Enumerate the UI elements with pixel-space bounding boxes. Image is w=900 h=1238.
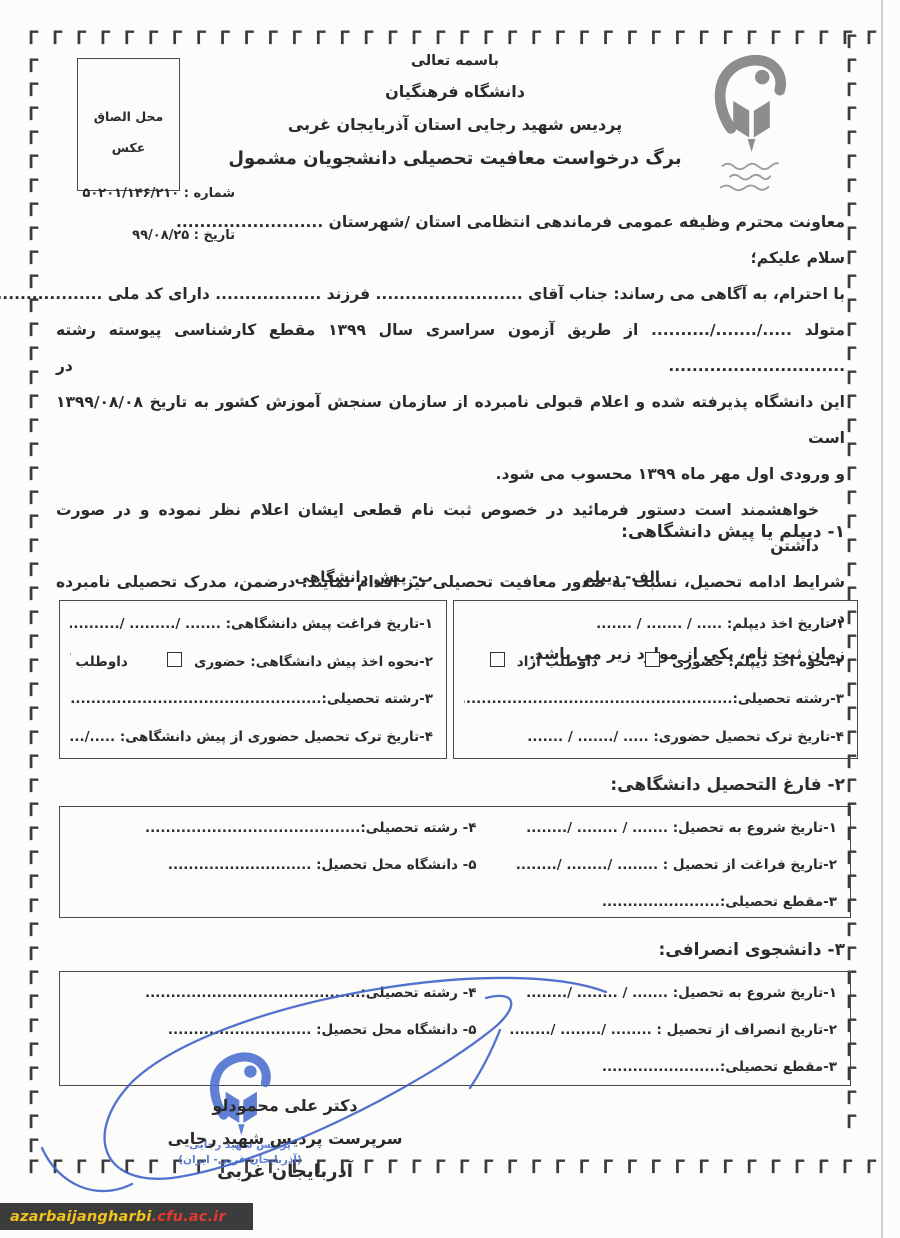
doc-number: شماره : ۵۰۲۰۱/۱۴۶/۲۱۰ [55,186,235,201]
signature-name: دکتر علی محمودلو [85,1090,485,1122]
section2-title: ۲- فارغ التحصیل دانشگاهی: [56,775,845,795]
scanned-form-page: ΓΓΓΓΓΓΓΓΓΓΓΓΓΓΓΓΓΓΓΓΓΓΓΓΓΓΓΓΓΓΓΓΓΓΓΓ ΓΓΓ… [0,0,900,1238]
grad-start-date-row: ۱-تاریخ شروع به تحصیل: ....... / .......… [477,810,837,847]
footer-suffix: .cfu.ac.ir [152,1209,226,1225]
diploma-dropout-row: ۴-تاریخ ترک تحصیل حضوری: ..... /....... … [464,719,844,757]
bismillah: باسمه تعالی [180,46,730,76]
letter-line: سلام علیکم؛ [56,240,845,276]
letter-line: معاونت محترم وظیفه عمومی فرماندهی انتظام… [56,204,845,240]
campus-name: پردیس شهید رجایی استان آذربایجان غربی [180,108,730,141]
letter-line: این دانشگاه پذیرفته شده و اعلام قبولی نا… [56,384,845,456]
footer-url-bar: azarbaijangharbi.cfu.ac.ir [0,1203,253,1230]
section1-title: ۱- دیپلم یا پیش دانشگاهی: [56,522,845,542]
letterhead: باسمه تعالی دانشگاه فرهنگیان پردیس شهید … [180,46,730,177]
wd-degree-row: ۳-مقطع تحصیلی:....................... [477,1049,837,1086]
signature-block: دکتر علی محمودلو سرپرست پردیس شهید رجایی… [85,1090,485,1189]
scan-page-edge [881,0,883,1238]
checkbox-davtalab-azad-icon [490,652,505,667]
grad-finish-date-row: ۲-تاریخ فراغت از تحصیل : ........ /.....… [477,847,837,884]
section3-title: ۳- دانشجوی انصرافی: [56,940,845,960]
diploma-method-label: ۲-نحوه اخذ دیپلم: حضوری [672,654,844,670]
prediploma-date-row: ۱-تاریخ فراغت پیش دانشگاهی: ....... /...… [70,606,433,644]
diploma-date-row: ۱-تاریخ اخذ دیپلم: ..... / ....... / ...… [464,606,844,644]
signature-role: سرپرست پردیس شهید رجایی [85,1122,485,1155]
letter-line: متولد ...../......./.......... از طریق آ… [56,312,845,384]
university-logo-icon [695,52,805,197]
diploma-free-candidate-label: داوطلب آزاد [517,654,598,670]
grad-field-row: ۴- رشته تحصیلی:.........................… [70,810,477,847]
letter-line: با احترام، به آگاهی می رساند: جناب آقای … [56,276,845,312]
diploma-method-row: ۲-نحوه اخذ دیپلم: حضوری داوطلب آزاد [464,644,844,682]
grad-degree-row: ۳-مقطع تحصیلی:....................... [477,884,837,921]
checkbox-hozouri-icon [645,652,660,667]
diploma-box: ۱-تاریخ اخذ دیپلم: ..... / ....... / ...… [453,600,858,759]
prediploma-method-label: ۲-نحوه اخذ پیش دانشگاهی: حضوری [194,654,433,670]
photo-box-line2: عکس [112,140,145,155]
prediploma-method-row: ۲-نحوه اخذ پیش دانشگاهی: حضوری داوطلب آز… [70,644,433,682]
prediploma-free-candidate-label: داوطلب آزاد [70,654,128,670]
diploma-field-row: ۳-رشته تحصیلی:..........................… [464,681,844,719]
graduate-box: ۱-تاریخ شروع به تحصیل: ....... / .......… [59,806,851,918]
photo-attach-box: محل الصاق عکس [77,58,180,191]
border-left: Γ Γ Γ Γ Γ Γ Γ Γ Γ Γ Γ Γ Γ Γ Γ Γ Γ Γ Γ Γ … [28,54,39,1158]
university-name: دانشگاه فرهنگیان [180,76,730,108]
wd-university-row: ۵- دانشگاه محل تحصیل: ..................… [70,1012,477,1049]
checkbox-hozouri-icon [167,652,182,667]
grad-university-row: ۵- دانشگاه محل تحصیل: ..................… [70,847,477,884]
photo-box-line1: محل الصاق [94,109,163,124]
prediploma-box: ۱-تاریخ فراغت پیش دانشگاهی: ....... /...… [59,600,447,759]
wd-field-row: ۴- رشته تحصیلی:.........................… [70,975,477,1012]
signature-region: آذربایجان غربی [85,1155,485,1189]
letter-line: و ورودی اول مهر ماه ۱۳۹۹ محسوب می شود. [56,456,845,492]
form-title: برگ درخواست معافیت تحصیلی دانشجویان مشمو… [180,141,730,177]
prediploma-dropout-row: ۴-تاریخ ترک تحصیل حضوری از پیش دانشگاهی:… [70,719,433,757]
col-a-heading: الف- دیپلم [583,568,660,586]
wd-withdraw-date-row: ۲-تاریخ انصراف از تحصیل : ........ /....… [477,1012,837,1049]
col-b-heading: ب- پیش دانشگاهی [295,568,433,586]
border-right: Γ Γ Γ Γ Γ Γ Γ Γ Γ Γ Γ Γ Γ Γ Γ Γ Γ Γ Γ Γ … [846,30,857,1134]
wd-start-date-row: ۱-تاریخ شروع به تحصیل: ....... / .......… [477,975,837,1012]
footer-domain: azarbaijangharbi [10,1209,152,1225]
prediploma-field-row: ۳-رشته تحصیلی:..........................… [70,681,433,719]
